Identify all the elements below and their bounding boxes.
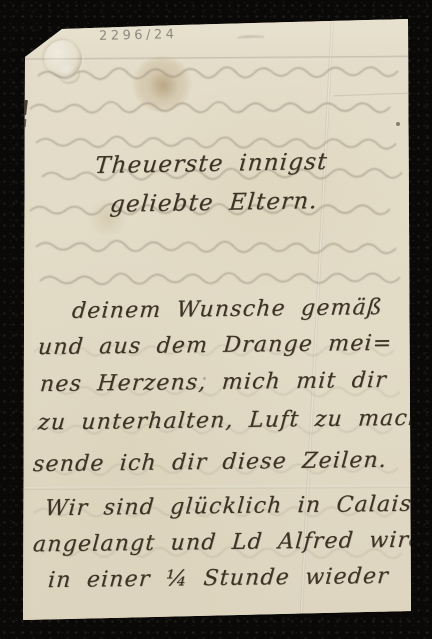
letter-photo: 2296/24 Theuerste innigst geliebte Elter… — [0, 0, 432, 639]
paper-sheet — [0, 0, 432, 639]
